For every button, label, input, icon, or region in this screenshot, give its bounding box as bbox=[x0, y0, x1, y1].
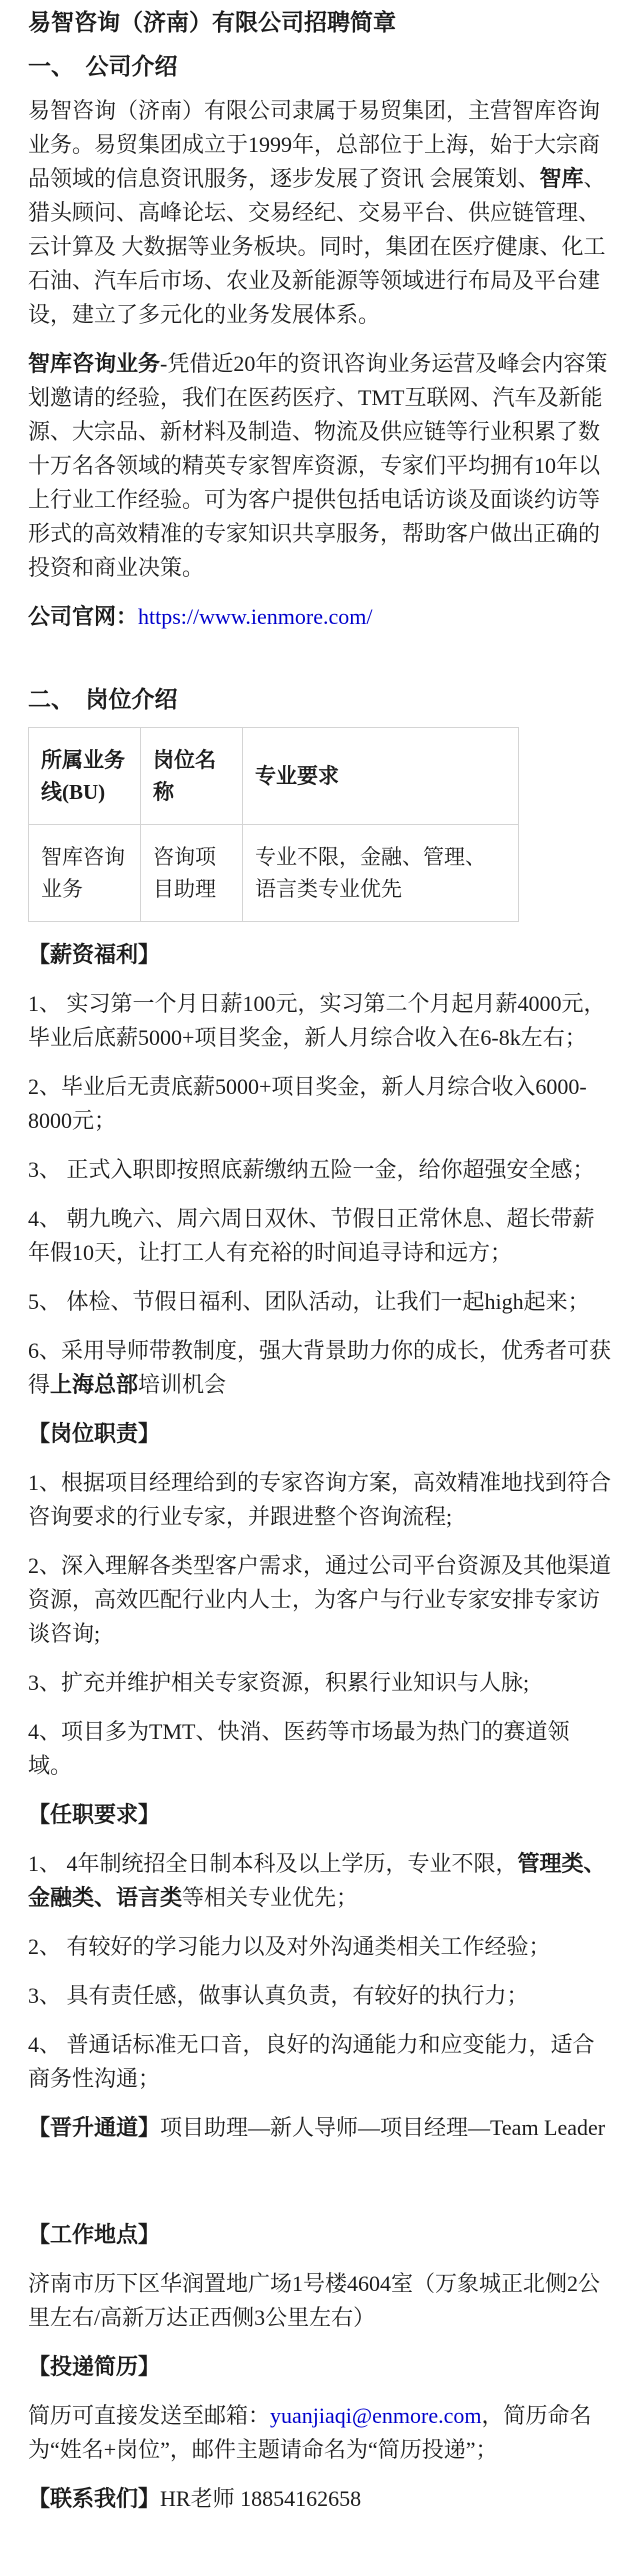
bold-text: 公司官网： bbox=[28, 604, 138, 629]
text-run: 2、毕业后无责底薪5000+项目奖金，新人月综合收入6000-8000元； bbox=[28, 1074, 587, 1133]
section-heading-company-intro: 一、 公司介绍 bbox=[28, 50, 611, 84]
document-page: 易智咨询（济南）有限公司招聘简章 一、 公司介绍 易智咨询（济南）有限公司隶属于… bbox=[0, 0, 639, 2555]
text-run: 1、根据项目经理给到的专家咨询方案，高效精准地找到符合咨询要求的行业专家，并跟进… bbox=[28, 1470, 611, 1529]
text-run: 易智咨询（济南）有限公司隶属于易贸集团，主营智库咨询业务。易贸集团成立于1999… bbox=[28, 98, 600, 191]
job-requirements-heading: 【任职要求】 bbox=[28, 1798, 611, 1832]
text-run: 1、 实习第一个月日薪100元，实习第二个月起月薪4000元，毕业后底薪5000… bbox=[28, 991, 606, 1050]
text-run: 3、 正式入职即按照底薪缴纳五险一金，给你超强安全感； bbox=[28, 1157, 595, 1182]
text-run: 简历可直接发送至邮箱： bbox=[28, 2403, 270, 2428]
text-run: 2、 有较好的学习能力以及对外沟通类相关工作经验； bbox=[28, 1934, 551, 1959]
hyperlink[interactable]: yuanjiaqi@enmore.com bbox=[270, 2403, 481, 2428]
text-run: -凭借近20年的资讯咨询业务运营及峰会内容策划邀请的经验，我们在医药医疗、TMT… bbox=[28, 351, 607, 580]
salary-item-5: 5、 体检、节假日福利、团队活动，让我们一起high起来； bbox=[28, 1285, 611, 1319]
spacer bbox=[28, 649, 611, 679]
text-run: 等相关专业优先； bbox=[182, 1885, 358, 1910]
apply-resume-line: 简历可直接发送至邮箱：yuanjiaqi@enmore.com，简历命名为“姓名… bbox=[28, 2399, 611, 2467]
bold-text: 【联系我们】 bbox=[28, 2486, 160, 2511]
bold-text: 【晋升通道】 bbox=[28, 2115, 160, 2140]
table-header-row: 所属业务线(BU) 岗位名称 专业要求 bbox=[29, 728, 519, 825]
table-cell-position-name: 咨询项目助理 bbox=[141, 825, 243, 922]
salary-item-4: 4、 朝九晚六、周六周日双休、节假日正常休息、超长带薪年假10天，让打工人有充裕… bbox=[28, 1202, 611, 1270]
text-run: 项目助理—新人导师—项目经理—Team Leader bbox=[160, 2115, 605, 2140]
job-duties-heading: 【岗位职责】 bbox=[28, 1417, 611, 1451]
positions-table: 所属业务线(BU) 岗位名称 专业要求 智库咨询业务 咨询项目助理 专业不限，金… bbox=[28, 727, 519, 922]
text-run: 5、 体检、节假日福利、团队活动，让我们一起high起来； bbox=[28, 1289, 590, 1314]
requirement-item-3: 3、 具有责任感，做事认真负责，有较好的执行力； bbox=[28, 1979, 611, 2013]
duty-item-3: 3、扩充并维护相关专家资源，积累行业知识与人脉; bbox=[28, 1666, 611, 1700]
table-cell-major-requirement: 专业不限，金融、管理、语言类专业优先 bbox=[243, 825, 519, 922]
text-run: 2、深入理解各类型客户需求，通过公司平台资源及其他渠道资源，高效匹配行业内人士，… bbox=[28, 1553, 611, 1646]
text-run: 1、 4年制统招全日制本科及以上学历，专业不限， bbox=[28, 1851, 518, 1876]
thinktank-business-paragraph: 智库咨询业务-凭借近20年的资讯咨询业务运营及峰会内容策划邀请的经验，我们在医药… bbox=[28, 347, 611, 585]
hyperlink[interactable]: https://www.ienmore.com/ bbox=[138, 604, 372, 629]
bold-text: 智库咨询业务 bbox=[28, 351, 160, 376]
text-run: 3、 具有责任感，做事认真负责，有较好的执行力； bbox=[28, 1983, 529, 2008]
salary-item-3: 3、 正式入职即按照底薪缴纳五险一金，给你超强安全感； bbox=[28, 1153, 611, 1187]
table-header-position-name: 岗位名称 bbox=[141, 728, 243, 825]
apply-resume-heading: 【投递简历】 bbox=[28, 2350, 611, 2384]
salary-item-2: 2、毕业后无责底薪5000+项目奖金，新人月综合收入6000-8000元； bbox=[28, 1070, 611, 1138]
table-header-major-requirement: 专业要求 bbox=[243, 728, 519, 825]
company-intro-paragraph: 易智咨询（济南）有限公司隶属于易贸集团，主营智库咨询业务。易贸集团成立于1999… bbox=[28, 94, 611, 332]
requirement-item-4: 4、 普通话标准无口音，良好的沟通能力和应变能力，适合商务性沟通； bbox=[28, 2028, 611, 2096]
spacer bbox=[28, 2160, 611, 2218]
text-run: 4、项目多为TMT、快消、医药等市场最为热门的赛道领域。 bbox=[28, 1719, 569, 1778]
requirement-item-2: 2、 有较好的学习能力以及对外沟通类相关工作经验； bbox=[28, 1930, 611, 1964]
promotion-path-line: 【晋升通道】项目助理—新人导师—项目经理—Team Leader bbox=[28, 2111, 611, 2145]
duty-item-1: 1、根据项目经理给到的专家咨询方案，高效精准地找到符合咨询要求的行业专家，并跟进… bbox=[28, 1466, 611, 1534]
text-run: 4、 普通话标准无口音，良好的沟通能力和应变能力，适合商务性沟通； bbox=[28, 2032, 595, 2091]
text-run: HR老师 18854162658 bbox=[160, 2486, 361, 2511]
text-run: 培训机会 bbox=[138, 1372, 226, 1397]
salary-benefits-heading: 【薪资福利】 bbox=[28, 938, 611, 972]
table-row: 智库咨询业务 咨询项目助理 专业不限，金融、管理、语言类专业优先 bbox=[29, 825, 519, 922]
requirement-item-1: 1、 4年制统招全日制本科及以上学历，专业不限，管理类、金融类、语言类等相关专业… bbox=[28, 1847, 611, 1915]
contact-us-line: 【联系我们】HR老师 18854162658 bbox=[28, 2482, 611, 2516]
section-heading-positions: 二、 岗位介绍 bbox=[28, 683, 611, 717]
duty-item-4: 4、项目多为TMT、快消、医药等市场最为热门的赛道领域。 bbox=[28, 1715, 611, 1783]
bold-text: 上海总部 bbox=[50, 1372, 138, 1397]
duty-item-2: 2、深入理解各类型客户需求，通过公司平台资源及其他渠道资源，高效匹配行业内人士，… bbox=[28, 1549, 611, 1651]
website-line: 公司官网：https://www.ienmore.com/ bbox=[28, 600, 611, 634]
text-run: 3、扩充并维护相关专家资源，积累行业知识与人脉; bbox=[28, 1670, 529, 1695]
work-location-heading: 【工作地点】 bbox=[28, 2218, 611, 2252]
page-title: 易智咨询（济南）有限公司招聘简章 bbox=[28, 6, 611, 40]
work-location-text: 济南市历下区华润置地广场1号楼4604室（万象城正北侧2公里左右/高新万达正西侧… bbox=[28, 2267, 611, 2335]
salary-item-6: 6、采用导师带教制度，强大背景助力你的成长，优秀者可获得上海总部培训机会 bbox=[28, 1334, 611, 1402]
salary-item-1: 1、 实习第一个月日薪100元，实习第二个月起月薪4000元，毕业后底薪5000… bbox=[28, 987, 611, 1055]
bold-text: 智库 bbox=[540, 166, 584, 191]
table-header-business-line: 所属业务线(BU) bbox=[29, 728, 141, 825]
text-run: 4、 朝九晚六、周六周日双休、节假日正常休息、超长带薪年假10天，让打工人有充裕… bbox=[28, 1206, 595, 1265]
table-cell-business-line: 智库咨询业务 bbox=[29, 825, 141, 922]
